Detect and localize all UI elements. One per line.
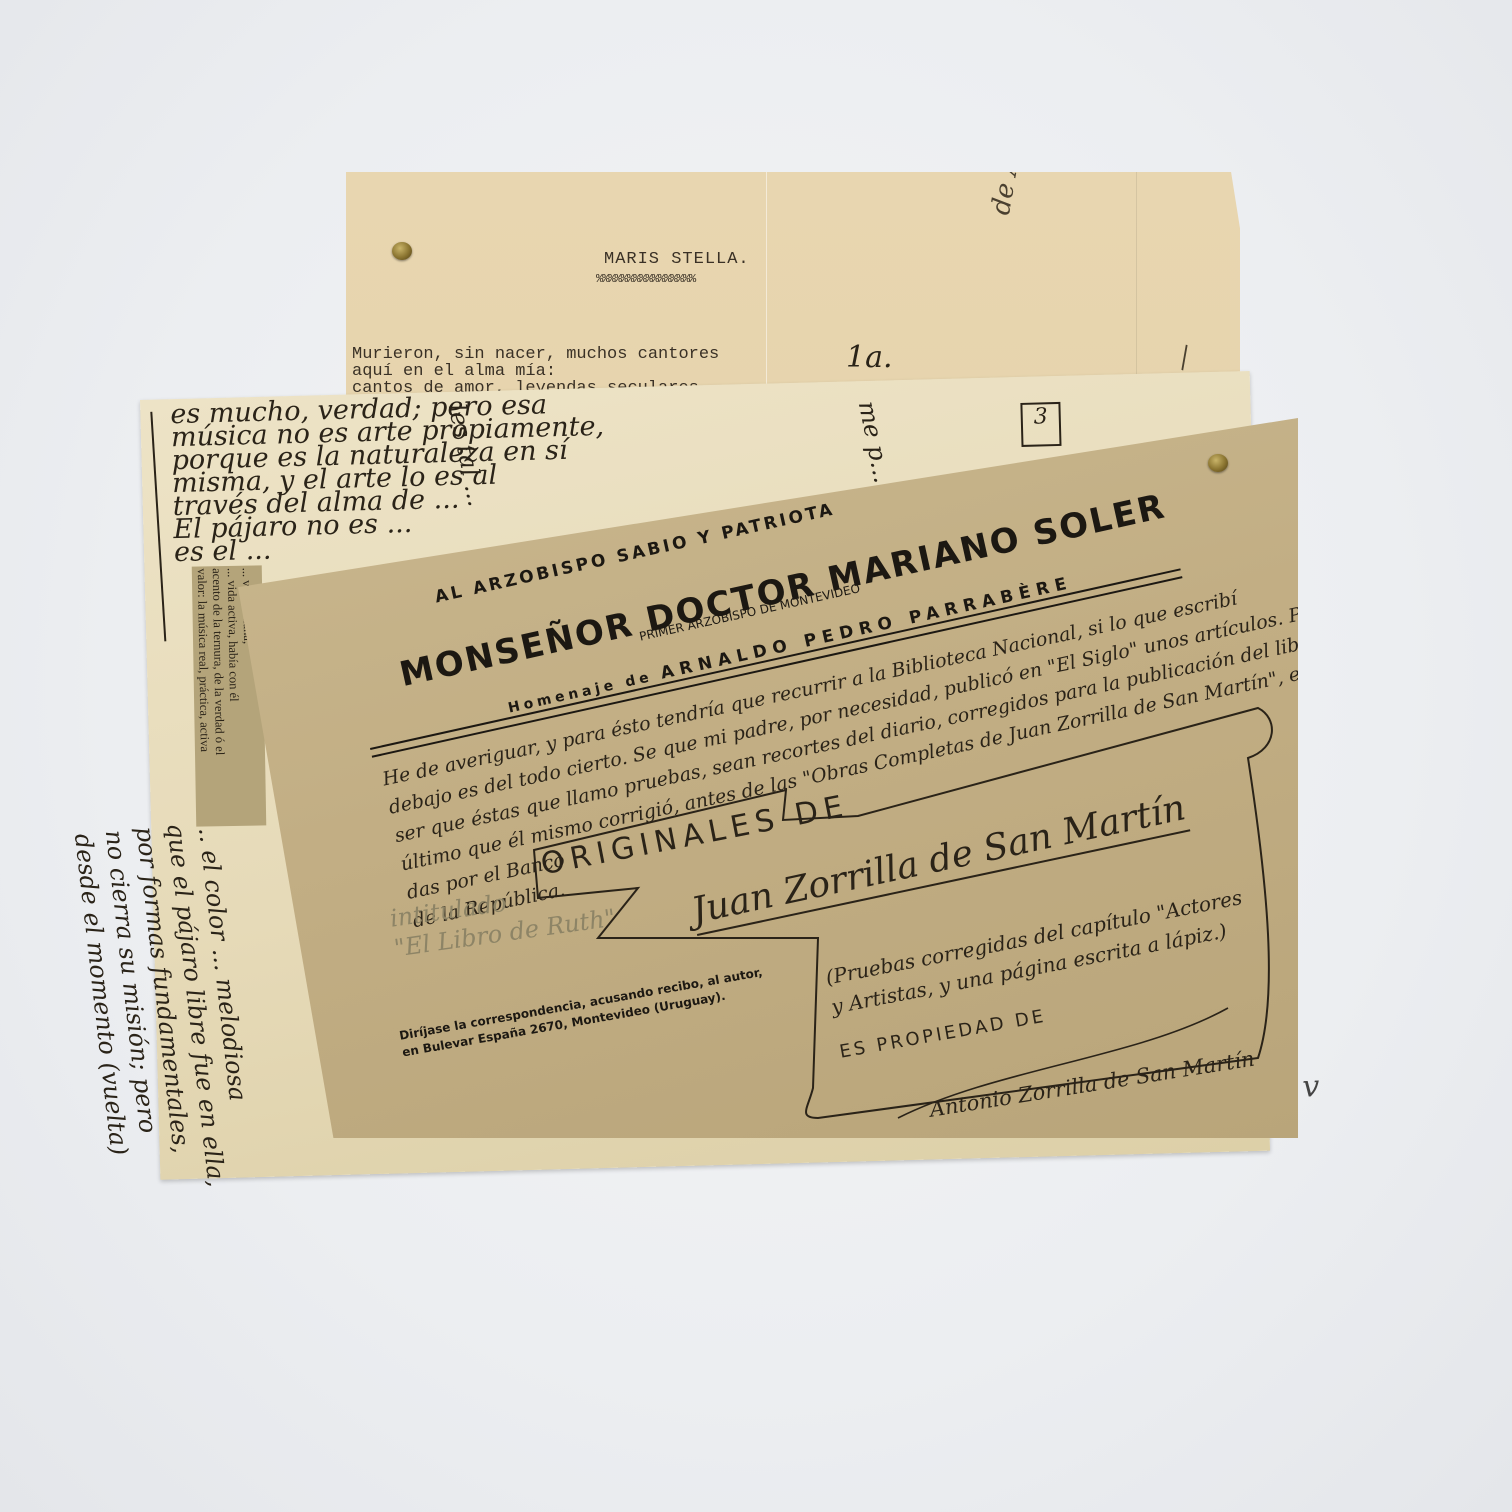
margin-note: 1a. bbox=[846, 340, 893, 375]
brass-fastener-icon bbox=[392, 242, 412, 260]
paper-fold bbox=[766, 172, 767, 412]
margin-line bbox=[150, 412, 166, 642]
boxed-number: 3 bbox=[1020, 402, 1061, 447]
title-ornament: %%%%%%%%%%%%%%%% bbox=[596, 272, 695, 286]
manuscript-vertical-lines: ... el color ... melodiosa que el pájaro… bbox=[67, 818, 262, 1199]
vertical-fragment: me p... bbox=[853, 399, 897, 486]
brass-fastener-icon bbox=[1208, 454, 1228, 472]
date-note: de Agosto del 1950 bbox=[986, 0, 1060, 217]
poem-title: MARIS STELLA. bbox=[604, 250, 750, 269]
manuscript-lines: es mucho, verdad; pero esa música no es … bbox=[170, 392, 607, 564]
